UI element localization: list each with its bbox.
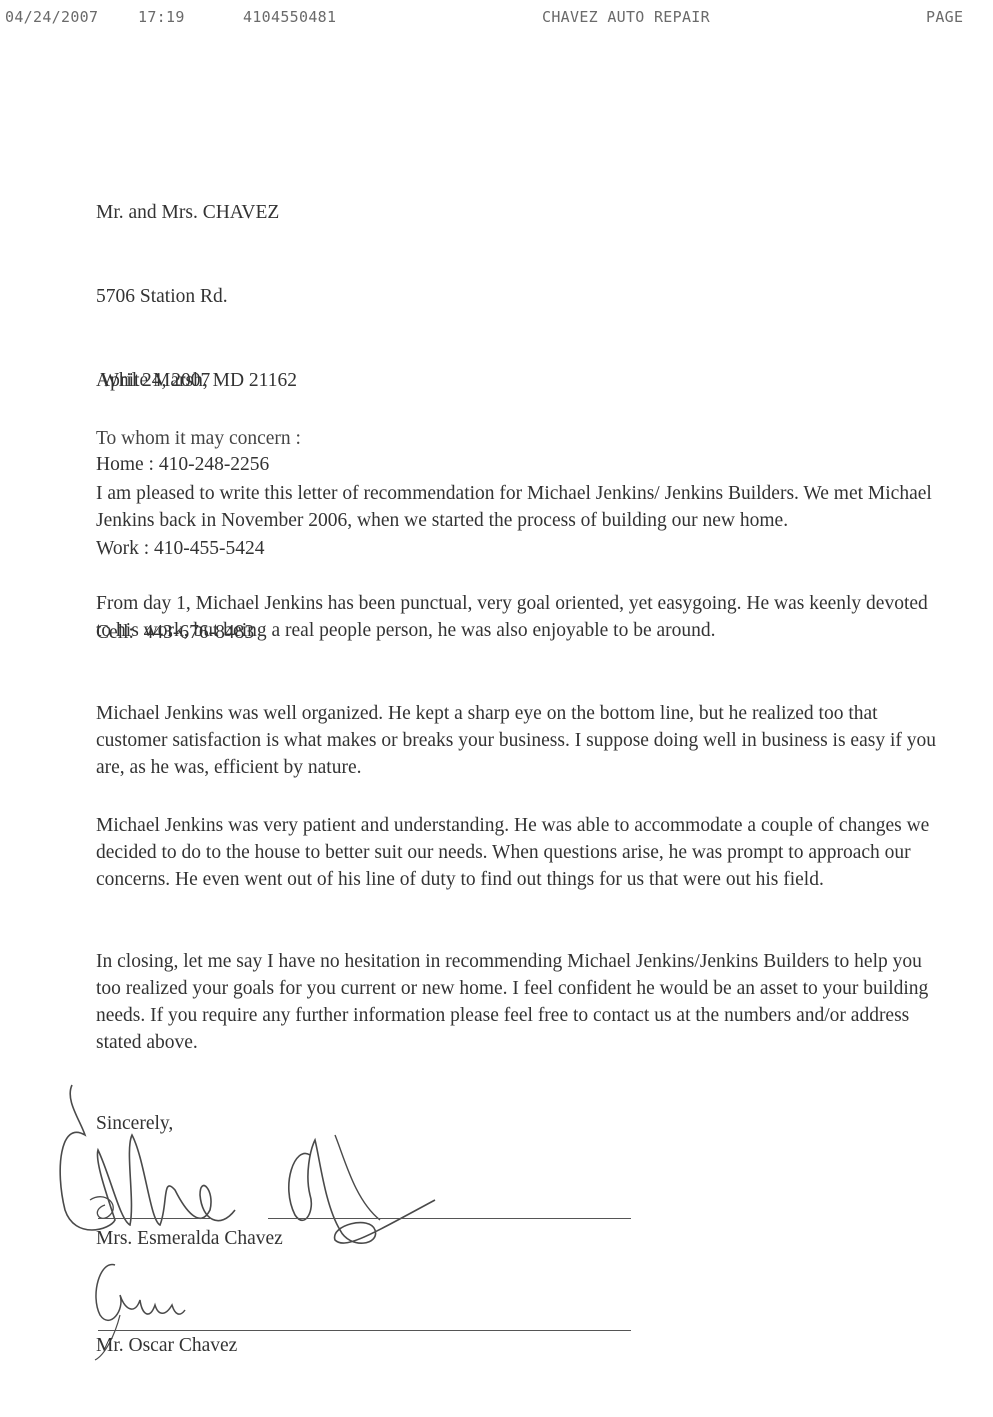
fax-date: 04/24/2007 (5, 8, 98, 26)
paragraph: Michael Jenkins was well organized. He k… (96, 700, 946, 781)
fax-time: 17:19 (138, 8, 185, 26)
sender-name: Mr. and Mrs. CHAVEZ (96, 199, 297, 227)
signature-line (98, 1330, 631, 1331)
signer-name: Mrs. Esmeralda Chavez (96, 1225, 283, 1253)
letter-date: April 24, 2007 (96, 367, 210, 395)
fax-page-label: PAGE (926, 8, 963, 26)
paragraph: In closing, let me say I have no hesitat… (96, 948, 946, 1056)
sender-home-phone: Home : 410-248-2256 (96, 451, 297, 479)
signer-name: Mr. Oscar Chavez (96, 1332, 237, 1360)
fax-header: 04/24/2007 17:19 4104550481 CHAVEZ AUTO … (0, 6, 993, 30)
salutation: To whom it may concern : (96, 425, 301, 453)
fax-phone-number: 4104550481 (243, 8, 336, 26)
signature-line (268, 1218, 631, 1219)
sender-street: 5706 Station Rd. (96, 283, 297, 311)
paragraph: Michael Jenkins was very patient and und… (96, 812, 946, 893)
signature-oscar-icon (270, 1115, 450, 1250)
paragraph: I am pleased to write this letter of rec… (96, 480, 946, 534)
fax-company-name: CHAVEZ AUTO REPAIR (542, 8, 710, 26)
paragraph: From day 1, Michael Jenkins has been pun… (96, 590, 946, 644)
sender-work-phone: Work : 410-455-5424 (96, 535, 297, 563)
signature-line (98, 1218, 210, 1219)
